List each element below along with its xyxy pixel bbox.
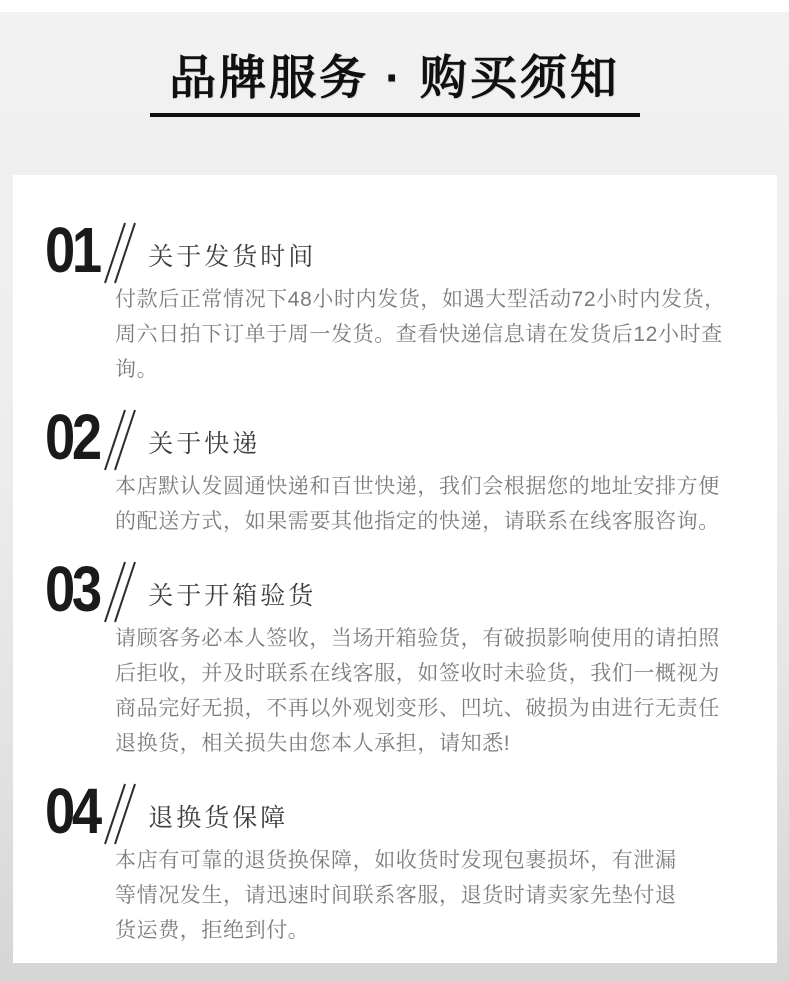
section-heading: 关于发货时间 (148, 242, 316, 272)
notice-section-unbox-inspection: 03 关于开箱验货 请顾客务必本人签收，当场开箱验货，有破损影响使用的请拍照 后… (45, 561, 737, 761)
header: 品牌服务 · 购买须知 (0, 12, 789, 175)
section-head: 03 关于开箱验货 (45, 561, 737, 614)
double-slash-icon (102, 409, 138, 471)
section-head: 04 退换货保障 (45, 783, 737, 836)
section-body: 付款后正常情况下48小时内发货，如遇大型活动72小时内发货， 周六日拍下订单于周… (45, 282, 737, 387)
double-slash-icon (102, 561, 138, 623)
section-number: 02 (45, 412, 99, 462)
section-number: 01 (45, 225, 99, 275)
title-underline (150, 113, 640, 117)
top-strip (0, 0, 789, 12)
section-heading: 退换货保障 (148, 803, 288, 833)
section-head: 01 关于发货时间 (45, 222, 737, 275)
section-body: 请顾客务必本人签收，当场开箱验货，有破损影响使用的请拍照 后拒收，并及时联系在线… (45, 621, 737, 761)
notice-section-shipping-time: 01 关于发货时间 付款后正常情况下48小时内发货，如遇大型活动72小时内发货，… (45, 222, 737, 387)
page-title: 品牌服务 · 购买须知 (169, 52, 620, 104)
section-body: 本店默认发圆通快递和百世快递，我们会根据您的地址安排方便 的配送方式，如果需要其… (45, 469, 737, 539)
page: 品牌服务 · 购买须知 01 关于发货时间 付款后正常情况下48小时内发货，如遇… (0, 0, 789, 982)
section-body: 本店有可靠的退货换保障，如收货时发现包裹损坏，有泄漏 等情况发生，请迅速时间联系… (45, 843, 737, 948)
notice-card: 01 关于发货时间 付款后正常情况下48小时内发货，如遇大型活动72小时内发货，… (13, 175, 777, 963)
double-slash-icon (102, 783, 138, 845)
notice-section-courier: 02 关于快递 本店默认发圆通快递和百世快递，我们会根据您的地址安排方便 的配送… (45, 409, 737, 539)
notice-section-return-guarantee: 04 退换货保障 本店有可靠的退货换保障，如收货时发现包裹损坏，有泄漏 等情况发… (45, 783, 737, 948)
double-slash-icon (102, 222, 138, 284)
section-heading: 关于快递 (148, 429, 260, 459)
section-number: 04 (45, 786, 99, 836)
section-heading: 关于开箱验货 (148, 581, 316, 611)
section-head: 02 关于快递 (45, 409, 737, 462)
section-number: 03 (45, 564, 99, 614)
